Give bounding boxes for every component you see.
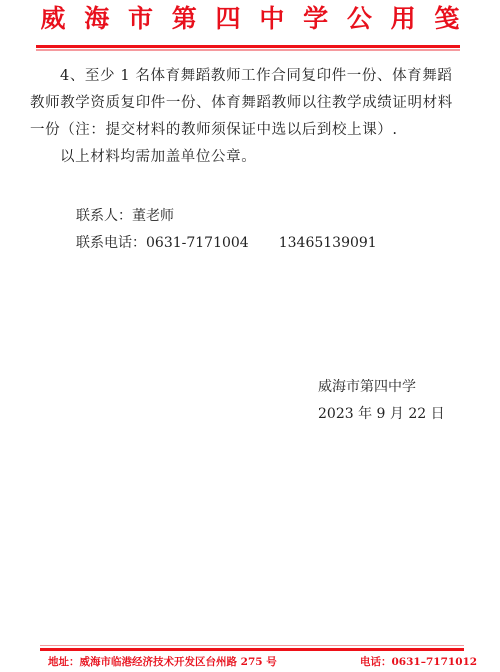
footer-divider-thick bbox=[40, 648, 464, 651]
title-char: 市 bbox=[128, 3, 154, 35]
header-divider-thick bbox=[36, 45, 460, 48]
contact-person-label: 联系人： bbox=[76, 208, 132, 224]
requirement-line-3: 一份（注：提交材料的教师须保证中选以后到校上课）. bbox=[30, 117, 470, 144]
title-char: 第 bbox=[171, 3, 197, 35]
title-char: 中 bbox=[259, 3, 285, 35]
title-char: 四 bbox=[215, 3, 241, 35]
seal-requirement: 以上材料均需加盖单位公章。 bbox=[30, 144, 470, 171]
contact-phone-mobile: 13465139091 bbox=[279, 235, 377, 251]
footer-phone: 电话：0631–7171012 bbox=[360, 654, 477, 670]
requirement-line-1: 4、至少 1 名体育舞蹈教师工作合同复印件一份、体育舞蹈 bbox=[30, 63, 470, 90]
header-divider-thin bbox=[36, 49, 460, 51]
letterhead-title: 威 海 市 第 四 中 学 公 用 笺 bbox=[40, 3, 460, 35]
signature-organization: 威海市第四中学 bbox=[318, 377, 416, 397]
contact-person-name: 董老师 bbox=[132, 208, 174, 224]
title-char: 笺 bbox=[434, 3, 460, 35]
requirement-item-4: 4、至少 1 名体育舞蹈教师工作合同复印件一份、体育舞蹈 教师教学资质复印件一份… bbox=[30, 63, 470, 171]
footer-divider-thin bbox=[40, 645, 464, 646]
requirement-line-2: 教师教学资质复印件一份、体育舞蹈教师以往教学成绩证明材料 bbox=[30, 90, 470, 117]
title-char: 公 bbox=[346, 3, 372, 35]
signature-date: 2023 年 9 月 22 日 bbox=[318, 404, 445, 424]
title-char: 海 bbox=[84, 3, 110, 35]
contact-phone-landline: 0631-7171004 bbox=[146, 235, 249, 251]
contact-phone: 联系电话：0631-717100413465139091 bbox=[76, 233, 377, 253]
footer-address: 地址：威海市临港经济技术开发区台州路 275 号 bbox=[48, 654, 277, 670]
title-char: 威 bbox=[40, 3, 66, 35]
title-char: 学 bbox=[303, 3, 329, 35]
title-char: 用 bbox=[390, 3, 416, 35]
contact-person: 联系人：董老师 bbox=[76, 206, 174, 226]
contact-phone-label: 联系电话： bbox=[76, 235, 146, 251]
